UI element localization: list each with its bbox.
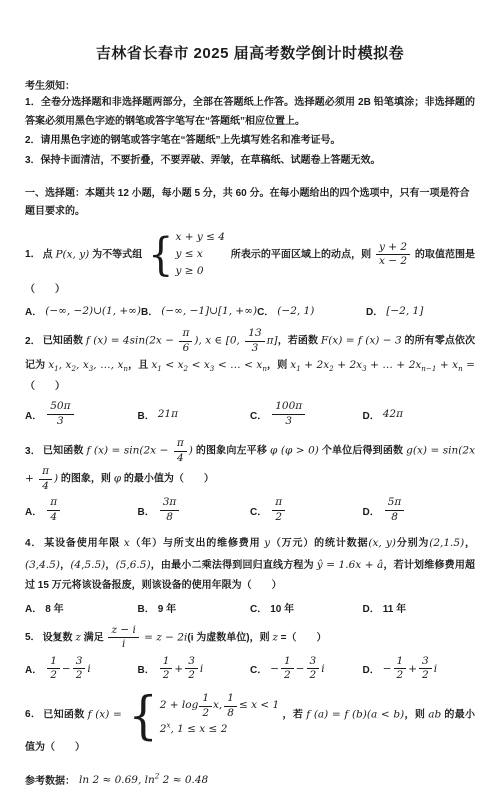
fraction-numerator: π	[174, 437, 187, 451]
option-content: π4	[45, 496, 62, 524]
fraction-denominator: 2	[160, 668, 173, 683]
math-text: 2	[422, 669, 429, 681]
options-row: A．12 − 32iB．12 + 32iC．−12 − 32iD．−12 + 3…	[25, 655, 475, 683]
fraction-numerator: 5π	[385, 496, 405, 510]
math-text: y ≥ 0	[176, 264, 204, 279]
option-label: D．	[363, 600, 380, 615]
option-content: 21π	[158, 408, 178, 420]
math-text: x − 2	[379, 255, 407, 267]
fraction-numerator: 3	[307, 655, 320, 669]
math-text: 3	[310, 655, 317, 667]
math-text: π	[182, 327, 189, 339]
math-text: π	[50, 496, 57, 508]
fraction: 50π3	[47, 400, 73, 428]
section-header: 一、选择题：本题共 12 小题，每小题 5 分，共 60 分。在每小题给出的四个…	[25, 185, 475, 221]
option: D．42π	[363, 407, 476, 422]
fraction-numerator: π	[47, 496, 60, 510]
math-text: = z − 2i	[141, 631, 188, 643]
math-text: 2	[76, 669, 83, 681]
question-1: 1．点 P(x, y) 为不等式组 {x + y ≤ 4y ≤ xy ≥ 0 所…	[25, 230, 475, 318]
math-text: x,	[213, 698, 222, 713]
math-text: f (x) = 4sin(2x −	[86, 335, 178, 347]
math-text: 2	[284, 669, 291, 681]
reference-label: 参考数据：	[25, 772, 75, 787]
option-label: B．	[138, 600, 155, 615]
fraction: 32	[185, 655, 198, 683]
fraction: 100π3	[272, 400, 305, 428]
question-body: 3．已知函数 f (x) = sin(2x − π4) 的图象向左平移 φ (φ…	[25, 437, 475, 493]
math-text: P(x, y)	[55, 248, 89, 260]
option: A．12 − 32i	[25, 655, 138, 683]
option-content: 50π3	[45, 400, 75, 428]
math-text: 100π	[275, 400, 302, 412]
option: B．9 年	[138, 600, 251, 615]
math-text: 4	[50, 511, 57, 523]
fraction: 133	[245, 327, 264, 355]
fraction-numerator: 3	[419, 655, 432, 669]
question-number: 1．	[25, 249, 41, 260]
math-text: 21π	[158, 408, 178, 420]
fraction: 12	[160, 655, 173, 683]
fraction: π6	[179, 327, 192, 355]
option: B．(−∞, −1]∪[1, +∞)	[141, 303, 257, 318]
fraction-denominator: 2	[394, 668, 407, 683]
math-text: φ (φ > 0)	[270, 445, 319, 457]
fraction-denominator: 2	[307, 668, 320, 683]
math-text: 3π	[163, 496, 177, 508]
math-text: 8	[166, 511, 173, 523]
option: C．π2	[250, 496, 363, 524]
option-content: (−2, 1)	[277, 305, 314, 317]
question-number: 2．	[25, 336, 41, 347]
fraction: 12	[47, 655, 60, 683]
option: C．−12 − 32i	[250, 655, 363, 683]
fraction: 12	[199, 692, 212, 719]
cases-row: y ≤ x	[176, 247, 225, 262]
math-text: −	[270, 663, 279, 675]
option: A．(−∞, −2)∪(1, +∞)	[25, 303, 141, 318]
math-text: 1	[284, 655, 291, 667]
math-text: x1 + 2x2 + 2x3 + … + 2xn−1 + xn =	[290, 359, 475, 371]
left-brace: {	[128, 689, 157, 741]
math-text: F(x) = f (x) − 3	[321, 335, 402, 347]
question-body: 5．设复数 z 满足 z − ii = z − 2i(i 为虚数单位)，则 z …	[25, 624, 475, 652]
option-content: −12 − 32i	[270, 655, 324, 683]
math-text: y + 2	[379, 241, 407, 253]
math-text: 2	[397, 669, 404, 681]
fraction: y + 2x − 2	[376, 241, 410, 269]
math-text: 42π	[383, 408, 403, 420]
math-text: 1	[163, 655, 170, 667]
notice-line-2: 2．请用黑色字迹的钢笔或答字笔在“答题纸”上先填写姓名和准考证号。	[25, 132, 475, 151]
notice-line-1: 1．全卷分选择题和非选择题两部分，全部在答题纸上作答。选择题必须用 2B 铅笔填…	[25, 94, 475, 131]
option-label: B．	[141, 303, 158, 318]
math-text: y	[264, 537, 270, 549]
option-label: C．	[250, 600, 267, 615]
math-text: 3	[188, 655, 195, 667]
fraction-denominator: 2	[185, 668, 198, 683]
math-text: 2x, 1 ≤ x ≤ 2	[160, 722, 228, 737]
math-text: )	[54, 473, 58, 485]
math-text: 3	[422, 655, 429, 667]
math-text: i	[434, 663, 437, 675]
question-body: 6．已知函数 f (x) = {2 + log12 x, 18 ≤ x < 12…	[25, 692, 475, 759]
option-label: C．	[250, 503, 267, 518]
reference-row: 参考数据： ln 2 ≈ 0.69, ln2 2 ≈ 0.48	[25, 772, 475, 787]
math-text: 2	[310, 669, 317, 681]
options-row: A．50π3B．21πC．100π3D．42π	[25, 400, 475, 428]
math-text: (−∞, −2)∪(1, +∞)	[45, 305, 141, 317]
question-2: 2．已知函数 f (x) = 4sin(2x − π6), x ∈ [0, 13…	[25, 327, 475, 428]
fraction-denominator: 2	[419, 668, 432, 683]
fraction: 5π8	[385, 496, 405, 524]
math-text: ≤ x < 1	[239, 698, 279, 713]
option-label: B．	[138, 407, 155, 422]
math-text: 2	[202, 707, 209, 719]
fraction-denominator: 8	[160, 510, 180, 525]
option-label: D．	[366, 303, 383, 318]
fraction-numerator: 1	[224, 692, 237, 706]
math-text: 1	[397, 655, 404, 667]
math-text: π	[42, 465, 49, 477]
cases-group: {x + y ≤ 4y ≤ xy ≥ 0	[148, 230, 225, 280]
math-text: −	[296, 663, 305, 675]
question-6: 6．已知函数 f (x) = {2 + log12 x, 18 ≤ x < 12…	[25, 692, 475, 759]
math-text: f (x) = sin(2x −	[87, 445, 172, 457]
math-text: φ	[114, 473, 121, 485]
math-text: 2	[188, 669, 195, 681]
option: D．[−2, 1]	[366, 303, 475, 318]
question-body: 2．已知函数 f (x) = 4sin(2x − π6), x ∈ [0, 13…	[25, 327, 475, 397]
option-content: −12 + 32i	[383, 655, 437, 683]
math-text: i	[321, 663, 324, 675]
option-content: (−∞, −2)∪(1, +∞)	[45, 305, 141, 317]
option-label: D．	[363, 503, 380, 518]
fraction-denominator: x − 2	[376, 254, 410, 269]
math-text: 2	[275, 511, 282, 523]
exam-page: 吉林省长春市 2025 届高考数学倒计时模拟卷 考生须知： 1．全卷分选择题和非…	[0, 0, 500, 787]
math-text: 3	[285, 415, 292, 427]
math-text: 50π	[50, 400, 70, 412]
question-body: 4．某设备使用年限 x（年）与所支出的维修费用 y（万元）的统计数据(x, y)…	[25, 533, 475, 597]
option-label: A．	[25, 600, 42, 615]
math-text: +	[408, 663, 417, 675]
fraction: 12	[394, 655, 407, 683]
fraction-numerator: π	[272, 496, 285, 510]
fraction-numerator: 1	[281, 655, 294, 669]
option: B．12 + 32i	[138, 655, 251, 683]
math-text: 1	[227, 692, 234, 704]
option-label: C．	[250, 661, 267, 676]
math-text: ŷ = 1.6x + â	[317, 559, 384, 571]
options-row: A．(−∞, −2)∪(1, +∞)B．(−∞, −1]∪[1, +∞)C．(−…	[25, 303, 475, 318]
math-text: 8	[391, 511, 398, 523]
question-4: 4．某设备使用年限 x（年）与所支出的维修费用 y（万元）的统计数据(x, y)…	[25, 533, 475, 615]
option-content: 5π8	[383, 496, 407, 524]
fraction: 18	[224, 692, 237, 720]
option-content: 12 − 32i	[45, 655, 91, 683]
math-text: 3	[76, 655, 83, 667]
option-label: A．	[25, 661, 42, 676]
math-text: 3	[57, 415, 64, 427]
fraction-numerator: 3	[185, 655, 198, 669]
option-label: D．	[363, 407, 380, 422]
option-content: π2	[270, 496, 287, 524]
math-text: 2 + log	[160, 698, 199, 713]
fraction: π4	[47, 496, 60, 524]
option: A．50π3	[25, 400, 138, 428]
math-text: [−2, 1]	[386, 305, 423, 317]
math-text: 6	[183, 342, 190, 354]
fraction-denominator: 4	[174, 451, 187, 466]
option: C．(−2, 1)	[257, 303, 366, 318]
fraction-denominator: 2	[47, 668, 60, 683]
math-text: (−∞, −1]∪[1, +∞)	[161, 305, 257, 317]
option-content: 10 年	[270, 600, 294, 615]
fraction: 12	[281, 655, 294, 683]
math-text: (x, y)	[368, 537, 396, 549]
question-5: 5．设复数 z 满足 z − ii = z − 2i(i 为虚数单位)，则 z …	[25, 624, 475, 683]
cases-row: y ≥ 0	[176, 264, 225, 279]
math-text: z	[272, 631, 278, 643]
fraction-numerator: 100π	[272, 400, 305, 414]
question-3: 3．已知函数 f (x) = sin(2x − π4) 的图象向左平移 φ (φ…	[25, 437, 475, 524]
fraction-numerator: 1	[160, 655, 173, 669]
option: C．10 年	[250, 600, 363, 615]
math-text: 4	[42, 480, 49, 492]
fraction: 3π8	[160, 496, 180, 524]
option-content: 9 年	[158, 600, 176, 615]
math-text: 2	[50, 669, 57, 681]
math-text: (−2, 1)	[277, 305, 314, 317]
math-text: i	[87, 663, 90, 675]
fraction-denominator: 8	[385, 510, 405, 525]
option: D．5π8	[363, 496, 476, 524]
math-text: 1	[50, 655, 57, 667]
option-label: B．	[138, 503, 155, 518]
fraction-numerator: π	[39, 465, 52, 479]
cases-rows: 2 + log12 x, 18 ≤ x < 12x, 1 ≤ x ≤ 2	[160, 692, 279, 737]
fraction-denominator: i	[108, 637, 138, 652]
fraction-denominator: 3	[245, 341, 264, 356]
fraction-numerator: 1	[47, 655, 60, 669]
question-list: 1．点 P(x, y) 为不等式组 {x + y ≤ 4y ≤ xy ≥ 0 所…	[25, 230, 475, 758]
fraction-denominator: 4	[47, 510, 60, 525]
fraction-numerator: 3π	[160, 496, 180, 510]
fraction-numerator: π	[179, 327, 192, 341]
fraction-numerator: 1	[394, 655, 407, 669]
cases-row: 2x, 1 ≤ x ≤ 2	[160, 722, 279, 737]
fraction-denominator: 3	[47, 414, 73, 429]
math-text: x	[124, 537, 130, 549]
question-number: 3．	[25, 446, 41, 457]
math-text: π	[275, 496, 282, 508]
option-content: 100π3	[270, 400, 307, 428]
fraction-denominator: 6	[179, 341, 192, 356]
fraction-numerator: z − i	[108, 624, 138, 638]
fraction-denominator: 3	[272, 414, 305, 429]
notice-heading: 考生须知：	[25, 77, 475, 92]
math-text: +	[174, 663, 183, 675]
subscript: 12	[198, 692, 213, 719]
math-text: −	[383, 663, 392, 675]
option-content: 42π	[383, 408, 403, 420]
cases-rows: x + y ≤ 4y ≤ xy ≥ 0	[176, 230, 225, 280]
page-title: 吉林省长春市 2025 届高考数学倒计时模拟卷	[25, 42, 475, 63]
math-text: f (a) = f (b)(a < b)	[306, 708, 404, 720]
option-content: [−2, 1]	[386, 305, 423, 317]
fraction-numerator: 13	[245, 327, 264, 341]
reference-values: ln 2 ≈ 0.69, ln2 2 ≈ 0.48	[79, 774, 208, 786]
option-label: A．	[25, 407, 42, 422]
math-text: ), x ∈ [0,	[194, 335, 243, 347]
option: A．π4	[25, 496, 138, 524]
fraction-denominator: 2	[272, 510, 285, 525]
options-row: A．π4B．3π8C．π2D．5π8	[25, 496, 475, 524]
math-text: ln 2 ≈ 0.69, ln2 2 ≈ 0.48	[79, 774, 208, 786]
option-content: 3π8	[158, 496, 182, 524]
fraction-denominator: 2	[73, 668, 86, 683]
fraction: 32	[419, 655, 432, 683]
math-text: y ≤ x	[176, 247, 203, 262]
math-text: z	[75, 631, 81, 643]
fraction-denominator: 8	[224, 706, 237, 721]
fraction: π4	[174, 437, 187, 465]
math-text: 1	[202, 692, 209, 704]
math-text: −	[62, 663, 71, 675]
notice-line-3: 3．保持卡面清洁，不要折叠，不要弄破、弄皱，在草稿纸、试题卷上答题无效。	[25, 152, 475, 171]
option: B．21π	[138, 407, 251, 422]
fraction: 32	[73, 655, 86, 683]
question-number: 6．	[25, 709, 41, 720]
math-text: z − i	[111, 624, 135, 636]
option-content: 8 年	[45, 600, 63, 615]
math-text: 8	[227, 707, 234, 719]
fraction-numerator: 50π	[47, 400, 73, 414]
math-text: 13	[248, 327, 261, 339]
math-text: 4	[177, 452, 184, 464]
math-text: ab	[428, 708, 441, 720]
fraction-denominator: 2	[281, 668, 294, 683]
left-brace: {	[148, 232, 173, 277]
fraction-numerator: 1	[199, 692, 212, 705]
option-content: 11 年	[383, 600, 406, 615]
option-label: D．	[363, 661, 380, 676]
fraction: z − ii	[108, 624, 138, 652]
math-text: (2,1.5)	[429, 537, 464, 549]
math-text: (3,4.5)	[25, 559, 60, 571]
options-row: A．8 年B．9 年C．10 年D．11 年	[25, 600, 475, 615]
math-text: f (x) =	[88, 708, 126, 720]
question-number: 5．	[25, 632, 41, 643]
math-text: x + y ≤ 4	[176, 230, 225, 245]
option: B．3π8	[138, 496, 251, 524]
math-text: 3	[252, 342, 259, 354]
math-text: (5,6.5)	[116, 559, 151, 571]
fraction-numerator: y + 2	[376, 241, 410, 255]
option-label: C．	[250, 407, 267, 422]
math-text: i	[122, 638, 125, 650]
fraction-denominator: 2	[199, 706, 212, 720]
math-text: π	[177, 437, 184, 449]
cases-row: 2 + log12 x, 18 ≤ x < 1	[160, 692, 279, 720]
option-label: B．	[138, 661, 155, 676]
option-content: (−∞, −1]∪[1, +∞)	[161, 305, 257, 317]
option-label: A．	[25, 503, 42, 518]
math-text: π]	[267, 335, 278, 347]
math-text: i	[200, 663, 203, 675]
option: C．100π3	[250, 400, 363, 428]
cases-row: x + y ≤ 4	[176, 230, 225, 245]
question-body: 1．点 P(x, y) 为不等式组 {x + y ≤ 4y ≤ xy ≥ 0 所…	[25, 230, 475, 300]
question-number: 4．	[25, 538, 42, 549]
fraction-denominator: 4	[39, 479, 52, 494]
math-text: x1, x2, x3, …, xn	[48, 359, 128, 371]
math-text: )	[189, 445, 193, 457]
math-text: (4,5.5)	[70, 559, 105, 571]
math-text: x1 < x2 < x3 < … < xn	[151, 359, 267, 371]
option-label: A．	[25, 303, 42, 318]
math-text: 2	[163, 669, 170, 681]
fraction: π2	[272, 496, 285, 524]
fraction-numerator: 3	[73, 655, 86, 669]
option: A．8 年	[25, 600, 138, 615]
fraction: 32	[307, 655, 320, 683]
option-label: C．	[257, 303, 274, 318]
option: D．−12 + 32i	[363, 655, 476, 683]
option: D．11 年	[363, 600, 476, 615]
fraction: π4	[39, 465, 52, 493]
math-text: 5π	[388, 496, 402, 508]
cases-group: {2 + log12 x, 18 ≤ x < 12x, 1 ≤ x ≤ 2	[128, 692, 279, 738]
option-content: 12 + 32i	[158, 655, 204, 683]
